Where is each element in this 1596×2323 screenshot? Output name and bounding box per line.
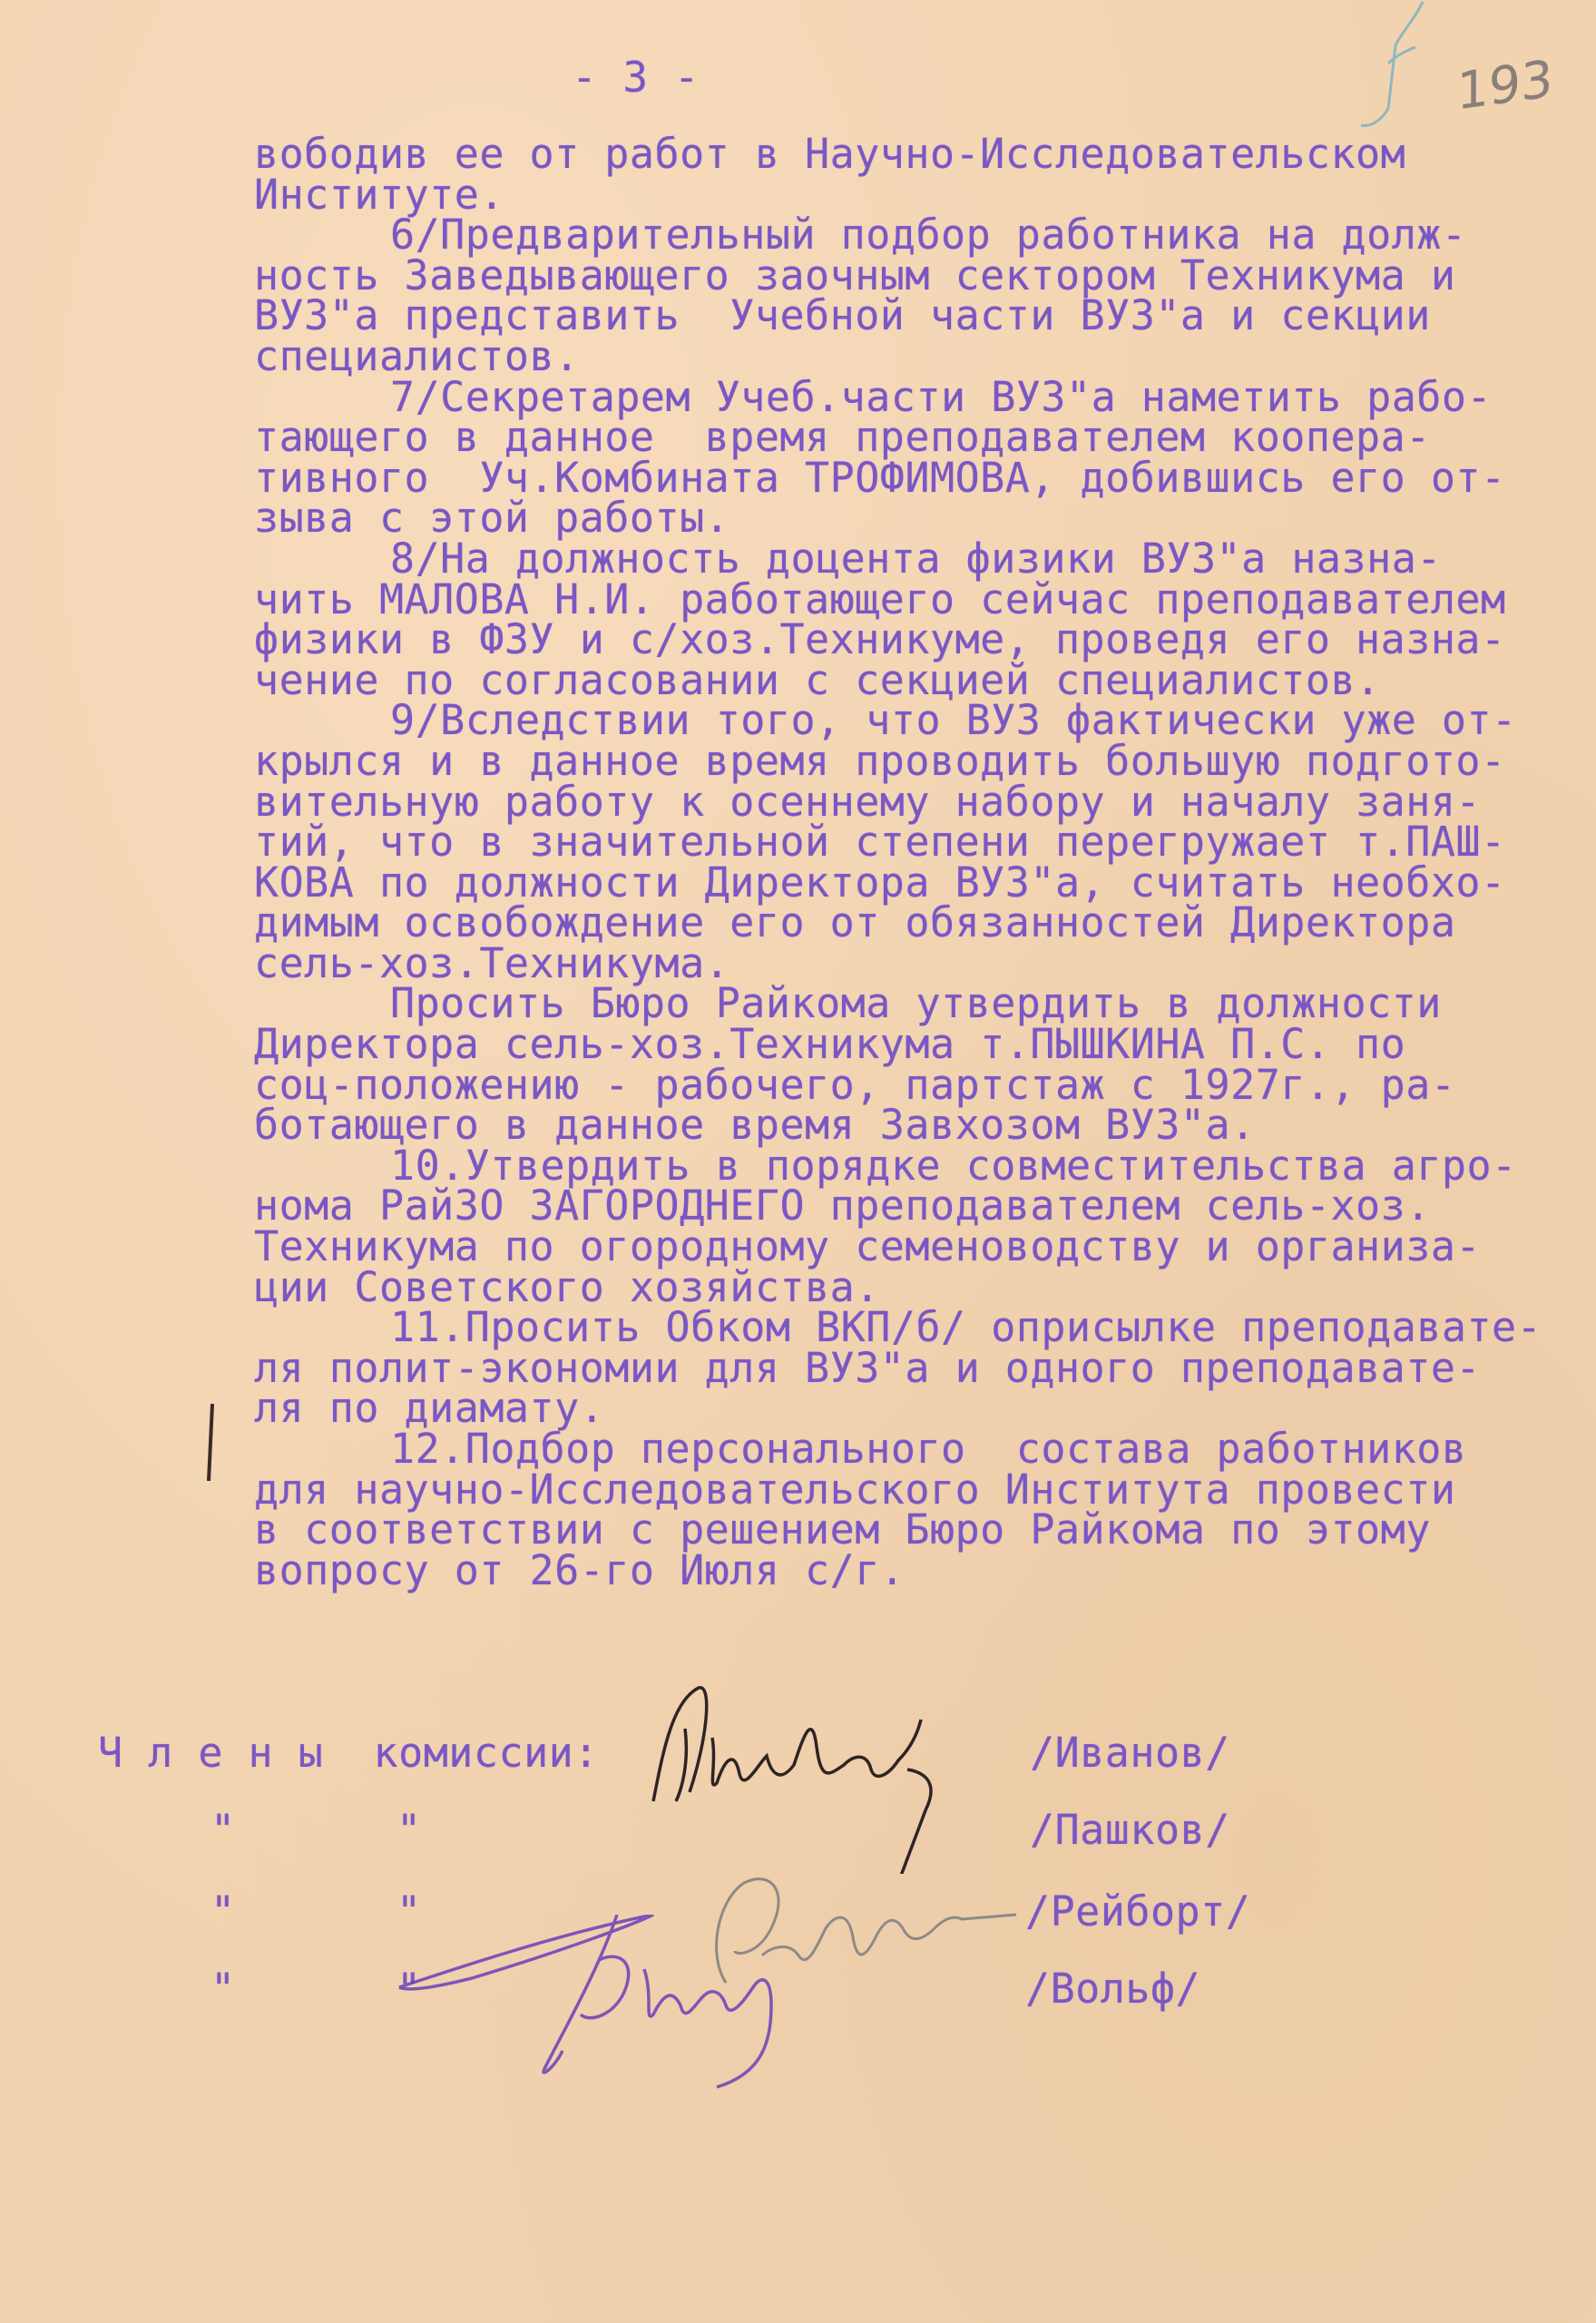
text-line: 8/На должность доцента физики ВУЗ"а назн… [254,539,1542,580]
text-line: соц-положению - рабочего, партстаж с 192… [254,1065,1542,1106]
text-line: ВУЗ"а представить Учебной части ВУЗ"а и … [254,296,1542,337]
text-line: ля по диамату. [254,1388,1542,1429]
ditto-mark: " [397,1806,422,1854]
handwritten-signature-ivanov [635,1665,1053,1874]
text-line: чить МАЛОВА Н.И. работающего сейчас преп… [254,580,1542,621]
text-line: 9/Вследствии того, что ВУЗ фактически уж… [254,701,1542,741]
archive-sheet-number: 193 [1457,49,1553,123]
text-line: ции Советского хозяйства. [254,1268,1542,1309]
text-line: 7/Секретарем Учеб.части ВУЗ"а наметить р… [254,377,1542,418]
document-page: - 3 - 193 вободив ее от работ в Научно-И… [0,0,1596,2323]
page-number: - 3 - [572,53,700,102]
text-line: вительную работу к осеннему набору и нач… [254,782,1542,823]
document-body: вободив ее от работ в Научно-Исследовате… [254,134,1542,1591]
text-line: тий, что в значительной степени перегруж… [254,822,1542,863]
member-name-reibort: /Рейборт/ [1025,1887,1250,1936]
text-line: ля полит-экономии для ВУЗ"а и одного пре… [254,1348,1542,1389]
text-line: ность Заведывающего заочным сектором Тех… [254,256,1542,297]
text-line: 11.Просить Обком ВКП/б/ оприсылке препод… [254,1308,1542,1348]
text-line: 10.Утвердить в порядке совместительства … [254,1146,1542,1187]
text-line: вопросу от 26-го Июля с/г. [254,1551,1542,1592]
text-line: специалистов. [254,337,1542,377]
text-line: для научно-Исследовательского Института … [254,1470,1542,1511]
commission-label: Ч л е н ы комиссии: [98,1729,599,1777]
ditto-mark: " [211,1887,236,1936]
text-line: нома РайЗО ЗАГОРОДНЕГО преподавателем се… [254,1186,1542,1227]
text-line: сель-хоз.Техникума. [254,944,1542,985]
text-line: в соответствии с решением Бюро Райкома п… [254,1510,1542,1551]
text-line: Институте. [254,175,1542,216]
text-line: Директора сель-хоз.Техникума т.ПЫШКИНА П… [254,1024,1542,1065]
text-line: вободив ее от работ в Научно-Исследовате… [254,134,1542,175]
ditto-mark: " [211,1806,236,1854]
text-line: 12.Подбор персонального состава работник… [254,1429,1542,1470]
text-line: ботающего в данное время Завхозом ВУЗ"а. [254,1105,1542,1146]
text-line: тивного Уч.Комбината ТРОФИМОВА, добившис… [254,458,1542,499]
text-line: Техникума по огородному семеноводству и … [254,1227,1542,1268]
text-line: Просить Бюро Райкома утвердить в должнос… [254,984,1542,1024]
text-line: крылся и в данное время проводить большу… [254,741,1542,782]
text-line: чение по согласовании с секцией специали… [254,661,1542,701]
text-line: тающего в данное время преподавателем ко… [254,417,1542,458]
text-line: КОВА по должности Директора ВУЗ"а, счита… [254,863,1542,904]
member-name-ivanov: /Иванов/ [1030,1729,1230,1777]
margin-pencil-mark [207,1404,214,1481]
handwritten-signature-volf [381,1915,889,2096]
archive-mark-blue-pencil [1352,0,1434,136]
member-name-pashkov: /Пашков/ [1030,1806,1230,1854]
text-line: 6/Предварительный подбор работника на до… [254,215,1542,256]
text-line: зыва с этой работы. [254,498,1542,539]
ditto-mark: " [211,1965,236,2013]
text-line: физики в ФЗУ и с/хоз.Техникуме, проведя … [254,620,1542,661]
text-line: димым освобождение его от обязанностей Д… [254,903,1542,944]
